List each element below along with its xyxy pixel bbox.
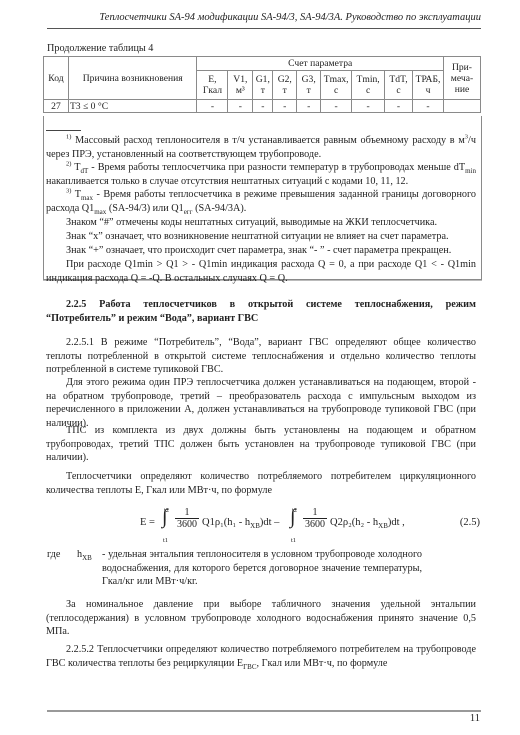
col-param-header: Tmin,с bbox=[352, 71, 385, 100]
cell-cause: T3 ≤ 0 °C bbox=[68, 100, 197, 113]
where-symbol: hХВ bbox=[77, 548, 92, 561]
paragraph-2-2-5-1: 2.2.5.1 В режиме “Потребитель”, “Вода”, … bbox=[46, 336, 476, 377]
fraction: 13600 bbox=[175, 507, 199, 530]
col-param-header: G2,т bbox=[273, 71, 297, 100]
col-param-header: TРАБ,ч bbox=[413, 71, 444, 100]
col-param-header: Tmax,с bbox=[321, 71, 352, 100]
paragraph-pre-setup: Для этого режима один ПРЭ теплосчетчика … bbox=[46, 376, 476, 430]
lower-limit: t1 bbox=[163, 534, 168, 547]
where-definition: - удельная энтальпия теплоносителя в усл… bbox=[102, 548, 422, 589]
col-group-header: Счет параметра bbox=[197, 57, 444, 71]
cell-param-value: - bbox=[273, 100, 297, 113]
page-number: 11 bbox=[460, 712, 480, 725]
fraction: 13600 bbox=[303, 507, 327, 530]
paragraph-formula-intro: Теплосчетчики определяют количество потр… bbox=[46, 470, 476, 497]
note-hash: Знаком “#” отмечены коды нештатных ситуа… bbox=[46, 216, 476, 230]
upper-limit: t2 bbox=[164, 504, 169, 517]
table-4: Код Причина возникновения Счет параметра… bbox=[43, 56, 481, 113]
cell-param-value: - bbox=[253, 100, 273, 113]
upper-limit: t2 bbox=[292, 504, 297, 517]
note-flow: При расходе Q1min > Q1 > - Q1min индикац… bbox=[46, 258, 476, 285]
cell-param-value: - bbox=[385, 100, 413, 113]
col-param-header: G3,т bbox=[297, 71, 321, 100]
formula-2-5: E = ∫ t2 t1 13600 Q1ρ₁(h₁ - hХВ)dt – ∫ t… bbox=[140, 506, 485, 540]
cell-param-value: - bbox=[228, 100, 253, 113]
footnote-1: 1) Массовый расход теплоносителя в т/ч у… bbox=[46, 134, 476, 161]
paragraph-2-2-5-2: 2.2.5.2 Теплосчетчики определяют количес… bbox=[46, 643, 476, 670]
footnote-rule bbox=[46, 130, 81, 131]
note-plus: Знак “+” означает, что происходит счет п… bbox=[46, 244, 476, 258]
col-param-header: E,Гкал bbox=[197, 71, 228, 100]
cell-param-value: - bbox=[297, 100, 321, 113]
section-heading: 2.2.5 Работа теплосчетчиков в открытой с… bbox=[46, 298, 476, 325]
col-cause-header: Причина возникновения bbox=[68, 57, 197, 100]
footer-rule bbox=[47, 710, 481, 712]
cell-param-value: - bbox=[352, 100, 385, 113]
cell-code: 27 bbox=[44, 100, 69, 113]
col-code-header: Код bbox=[44, 57, 69, 100]
col-param-header: G1,т bbox=[253, 71, 273, 100]
cell-param-value: - bbox=[321, 100, 352, 113]
col-param-header: TdT,с bbox=[385, 71, 413, 100]
formula-number: (2.5) bbox=[460, 516, 480, 529]
where-label: где bbox=[47, 548, 60, 561]
paragraph-pressure: За номинальное давление при выборе табли… bbox=[46, 598, 476, 639]
formula-lhs: E = bbox=[140, 516, 155, 529]
paragraph-tps-setup: ТПС из комплекта из двух должны быть уст… bbox=[46, 424, 476, 465]
col-param-header: V1,м³ bbox=[228, 71, 253, 100]
lower-limit: t1 bbox=[291, 534, 296, 547]
cell-param-value: - bbox=[413, 100, 444, 113]
table-caption: Продолжение таблицы 4 bbox=[47, 42, 153, 55]
footnote-3: 3) Tmax - Время работы теплосчетчика в р… bbox=[46, 188, 476, 215]
term-1: Q1ρ₁(h₁ - hХВ)dt – bbox=[202, 516, 279, 529]
cell-param-value: - bbox=[197, 100, 228, 113]
header-rule bbox=[47, 28, 481, 29]
note-x: Знак “x” означает, что возникновение неш… bbox=[46, 230, 476, 244]
running-header: Теплосчетчики SA-94 модификации SA-94/3,… bbox=[47, 11, 481, 24]
term-2: Q2ρ₂(h₂ - hХВ)dt , bbox=[330, 516, 405, 529]
col-note-header: При-меча-ние bbox=[443, 57, 480, 100]
cell-note bbox=[443, 100, 480, 113]
footnote-2: 2) TdT - Время работы теплосчетчика при … bbox=[46, 161, 476, 188]
